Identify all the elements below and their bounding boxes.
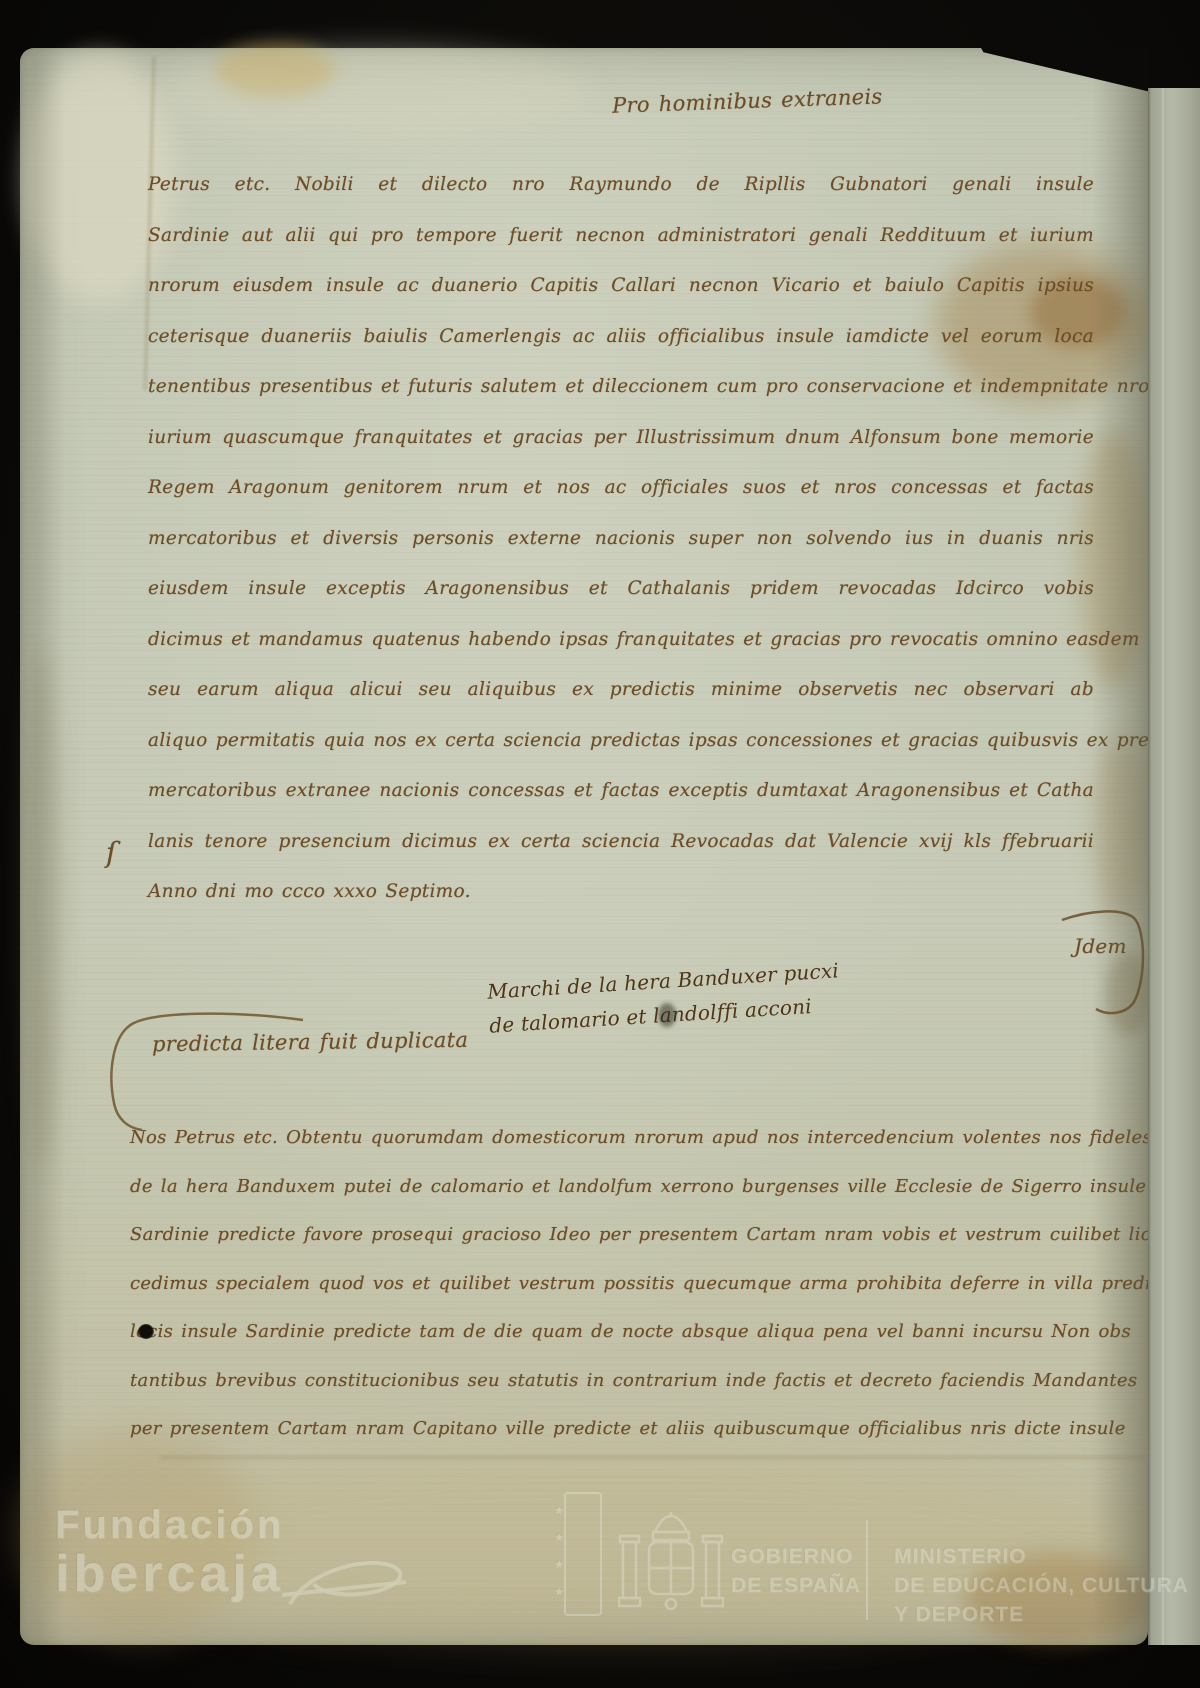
manuscript-line: eiusdem insule exceptis Aragonensibus et… [148,564,1094,615]
adjacent-page-edge [1148,88,1200,1645]
ministerio-line: DE EDUCACIÓN, CULTURA [894,1571,1189,1600]
paper-stain [20,648,62,1168]
paper-stain [935,243,1150,403]
manuscript-line: tantibus brevibus constitucionibus seu s… [130,1357,1088,1406]
idem-word: Jdem [1074,934,1127,958]
manuscript-page: Pro hominibus extraneis Petrus etc. Nobi… [20,48,1148,1645]
gobierno-text: GOBIERNO DE ESPAÑA [731,1542,861,1600]
manuscript-line: dicimus et mandamus quatenus habendo ips… [148,615,1094,666]
paper-stain [160,48,590,138]
paper-crease [144,56,156,391]
heading-inscription: Pro hominibus extraneis [612,82,943,118]
manuscript-date-line: Anno dni mo ccco xxxo Septimo. [148,867,1094,918]
fundacion-text: Fundación [55,1504,284,1546]
ibercaja-logo-icon [280,1548,415,1623]
bracket-flourish-icon [98,1008,308,1133]
manuscript-line: Nos Petrus etc. Obtentu quorumdam domest… [130,1114,1088,1163]
paper-stain [1092,738,1150,918]
manuscript-line: per presentem Cartam nram Capitano ville… [130,1405,1088,1454]
ibercaja-text: ibercaja [55,1546,284,1602]
manuscript-line: ceterisque duaneriis baiulis Camerlengis… [148,312,1094,363]
ibercaja-watermark: Fundación ibercaja [55,1504,284,1602]
manuscript-line: tenentibus presentibus et futuris salute… [148,362,1094,413]
names-annotation: Marchi de la hera Banduxer pucxi de talo… [486,953,842,1042]
paper-stain [1106,953,1152,1035]
ink-hole [138,1324,154,1339]
marginal-mark: ſ [106,836,117,869]
manuscript-line: aliquo permitatis quia nos ex certa scie… [148,716,1094,767]
paper-stain [1078,428,1150,688]
duplicate-note: predicta litera fuit duplicata [152,1028,469,1056]
divider-line [866,1520,868,1620]
paper-crease [160,1456,1145,1459]
bracket-flourish-icon [1060,906,1160,1021]
manuscript-line: Petrus etc. Nobili et dilecto nro Raymun… [148,160,1094,211]
manuscript-line: mercatoribus extranee nacionis concessas… [148,766,1094,817]
flag-stars: ★★★★ [554,1498,564,1606]
manuscript-line: nrorum eiusdem insule ac duanerio Capiti… [148,261,1094,312]
spain-flag-icon [564,1492,602,1616]
manuscript-line: iurium quascumque franquitates et gracia… [148,413,1094,464]
government-watermark: ★★★★ GOBIERNO DE ESPAÑA MINISTERIO DE ED… [556,1490,1176,1620]
paragraph-2: Nos Petrus etc. Obtentu quorumdam domest… [130,1114,1088,1454]
names-line: de talomario et landolffi acconi [488,987,842,1042]
ministerio-line: MINISTERIO [894,1542,1189,1571]
paper-stain [215,42,335,97]
manuscript-line: seu earum aliqua alicui seu aliquibus ex… [148,665,1094,716]
spain-coat-of-arms-icon [618,1512,724,1616]
manuscript-line: locis insule Sardinie predicte tam de di… [130,1308,1088,1357]
manuscript-line: cedimus specialem quod vos et quilibet v… [130,1260,1088,1309]
ministerio-text: MINISTERIO DE EDUCACIÓN, CULTURA Y DEPOR… [894,1542,1189,1629]
paper-stain [1030,276,1125,348]
gobierno-line: GOBIERNO [731,1542,861,1571]
ink-smudge [658,1003,676,1027]
manuscript-line: mercatoribus et diversis personis extern… [148,514,1094,565]
ministerio-line: Y DEPORTE [894,1600,1189,1629]
gobierno-line: DE ESPAÑA [731,1571,861,1600]
manuscript-line: Sardinie aut alii qui pro tempore fuerit… [148,211,1094,262]
manuscript-line: de la hera Banduxem putei de calomario e… [130,1163,1088,1212]
manuscript-line: Regem Aragonum genitorem nrum et nos ac … [148,463,1094,514]
manuscript-line: Sardinie predicte favore prosequi gracio… [130,1211,1088,1260]
photo-background: Pro hominibus extraneis Petrus etc. Nobi… [0,0,1200,1688]
paragraph-1: Petrus etc. Nobili et dilecto nro Raymun… [148,160,1094,918]
names-line: Marchi de la hera Banduxer pucxi [486,953,840,1008]
idem-note: Jdem [1060,906,1160,1021]
manuscript-line: lanis tenore presencium dicimus ex certa… [148,817,1094,868]
paper-repair-patch [25,53,175,303]
